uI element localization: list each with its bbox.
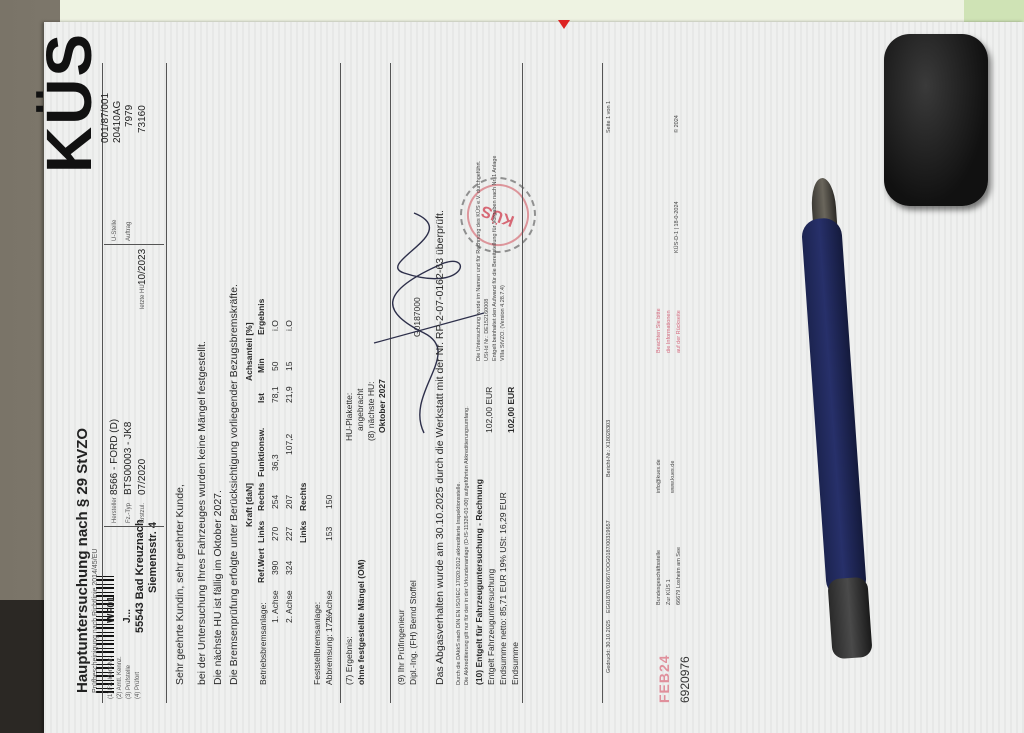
footer-code: EG01870/01867/OOG0187/00319657 (606, 520, 612, 613)
printed-date: Gedruckt: 30.10.2025 (606, 620, 612, 673)
invoice-note-1: Die Untersuchung wurde im Namen und für … (476, 161, 482, 361)
report-number: Bericht-Nr.: X18028303 (606, 420, 612, 477)
sender-website: www.kues.de (670, 461, 676, 493)
ballpoint-pen (800, 178, 860, 658)
green-paper-strip (964, 0, 1024, 22)
sender-city: 66679 Losheim am See (676, 547, 682, 605)
fine-print-2: Die Akkreditierung gilt nur für den in d… (464, 406, 470, 685)
invoice-total-label: Endsumme (510, 642, 520, 685)
fine-print-1: Durch die DAkkS nach DIN EN ISO/IEC 1702… (456, 482, 462, 685)
sender-email: info@kues.de (656, 459, 662, 493)
inspection-report-sheet: KÜS Hauptuntersuchung nach § 29 StVZO Pr… (44, 22, 1024, 733)
document-number: 6920976 (678, 656, 692, 703)
inspection-seal: KÜS (460, 177, 536, 253)
pen-clip (827, 577, 872, 660)
divider (522, 63, 523, 703)
invoice-note-4: VIIIa StVZO. (Version 4.28.7.4) (500, 285, 506, 361)
underlying-paper (60, 0, 1024, 23)
sender-office: Bundesgeschäftsstelle (656, 550, 662, 605)
divider (602, 63, 603, 703)
car-key-remote (884, 34, 988, 206)
invoice-line-label: Entgelt Fahrzeuguntersuchung (486, 569, 496, 685)
document-content: KÜS Hauptuntersuchung nach § 29 StVZO Pr… (44, 22, 1024, 733)
invoice-line-amount: 102,00 EUR (484, 387, 494, 433)
form-id: KÜS-D-1 | 18-0-2024 (674, 201, 680, 253)
invoice-note-2: USt-Id Nr.: DE152160008 (484, 299, 490, 361)
invoice-note-3: Entgelt beinhaltet den Aufwand für die B… (492, 156, 498, 361)
notice-line-3: auf der Rückseite (676, 310, 682, 353)
invoice-title: (10) Entgelt für Fahrzeuguntersuchung - … (474, 479, 484, 685)
pen-body (801, 217, 867, 599)
emission-text: Das Abgasverhalten wurde am 30.10.2025 d… (434, 210, 446, 685)
sender-street: Zur KÜS 1 (666, 579, 672, 605)
invoice-net-line: Endsumme netto: 85,71 EUR 19% USt: 16,29… (498, 492, 508, 685)
stamp-code: FEB24 (656, 654, 672, 703)
red-arrow-marker (558, 20, 570, 29)
signature (44, 22, 1024, 733)
notice-line-1: Beachten Sie bitte (656, 308, 662, 353)
page-indicator: Seite 1 von 1 (606, 101, 612, 133)
invoice-total-amount: 102,00 EUR (506, 387, 516, 433)
copyright: © 2024 (674, 115, 680, 133)
dark-object-edge (0, 600, 50, 733)
notice-line-2: die Informationen (666, 311, 672, 354)
